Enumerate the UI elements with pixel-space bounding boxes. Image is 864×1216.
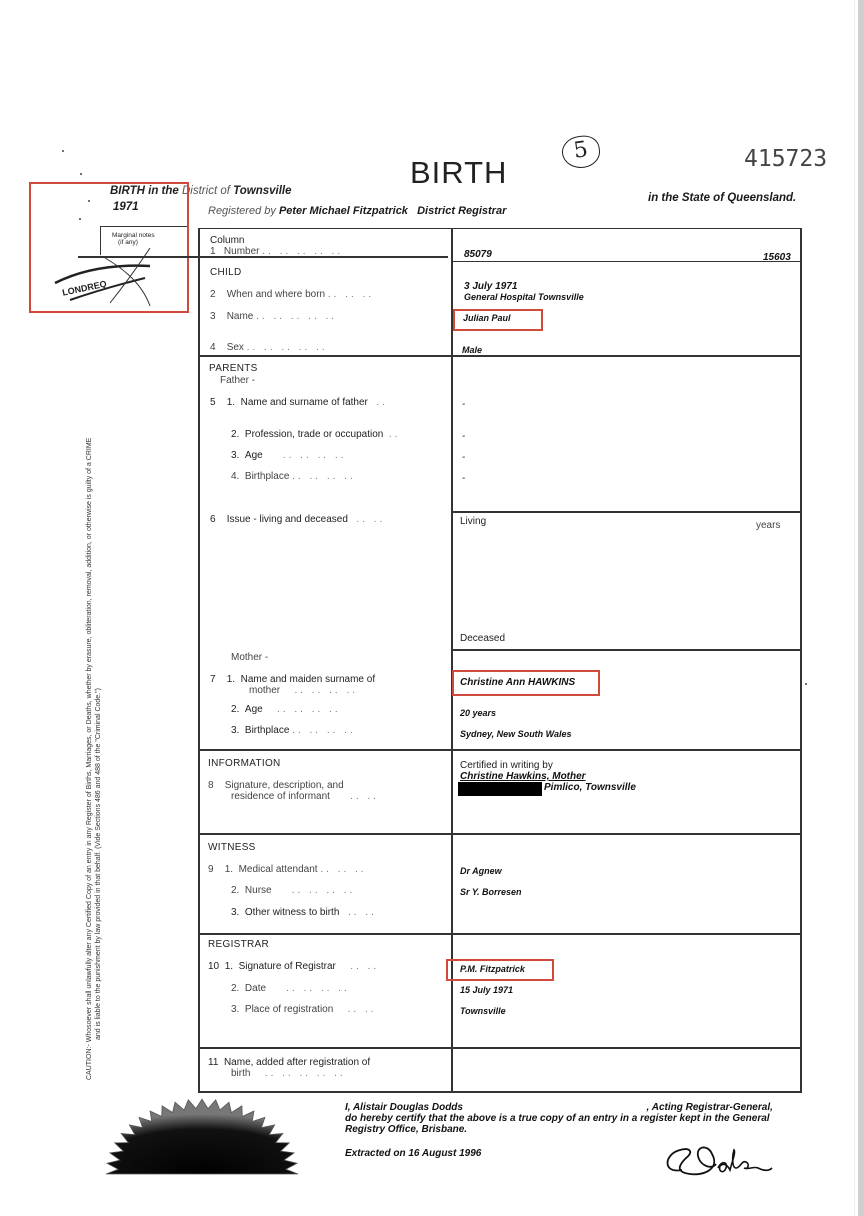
official-seal-icon: [104, 1090, 304, 1175]
mother-subheading: Mother -: [231, 652, 268, 663]
sex-value: Male: [462, 345, 482, 355]
field-9-medical-attendant: 9 1. Medical attendant .. .. ..: [208, 864, 367, 875]
father-subheading: Father -: [220, 375, 255, 386]
scrollbar[interactable]: [858, 0, 864, 1216]
section-parents: PARENTS: [209, 363, 258, 374]
scan-speck: [80, 173, 82, 175]
field-7-mother-name: 7 1. Name and maiden surname of: [210, 674, 375, 685]
nurse-field: 2. Nurse .. .. .. ..: [231, 885, 355, 896]
field-3-name: 3 Name .. .. .. .. ..: [210, 311, 337, 322]
field-4-sex: 4 Sex .. .. .. .. ..: [210, 342, 328, 353]
other-witness-field: 3. Other witness to birth .. ..: [231, 907, 377, 918]
section-information: INFORMATION: [208, 758, 281, 769]
father-age-field: 3. Age .. .. .. ..: [231, 450, 346, 461]
father-profession-value: -: [462, 431, 465, 442]
certification-statement: do hereby certify that the above is a tr…: [345, 1113, 773, 1124]
district-value: Townsville: [233, 185, 291, 197]
handwritten-number: 5: [560, 134, 602, 171]
section-witness: WITNESS: [208, 842, 256, 853]
father-age-value: -: [462, 452, 465, 463]
state-line: in the State of Queensland.: [648, 192, 796, 204]
serial-number: 415723: [744, 146, 827, 172]
field-8-informant: 8 Signature, description, and: [208, 780, 344, 791]
registrar-general-signature-icon: [660, 1138, 780, 1183]
nurse-value: Sr Y. Borresen: [460, 887, 522, 897]
informant-value-line1: Certified in writing by: [460, 760, 553, 771]
scan-speck: [805, 683, 807, 685]
birth-date-value: 3 July 1971: [464, 281, 517, 292]
field-6-issue: 6 Issue - living and deceased .. ..: [210, 514, 385, 525]
registered-by-value: Peter Michael Fitzpatrick: [279, 205, 408, 217]
registration-date-field: 2. Date .. .. .. ..: [231, 983, 350, 994]
section-registrar: REGISTRAR: [208, 939, 269, 950]
district-of-label: District of: [182, 185, 230, 197]
field-10-registrar-signature: 10 1. Signature of Registrar .. ..: [208, 961, 379, 972]
name-added-label-cont: birth .. .. .. .. ..: [231, 1068, 346, 1079]
registered-by-line: Registered by Peter Michael Fitzpatrick …: [208, 205, 506, 217]
scrollbar-track-edge: [854, 0, 855, 1216]
document-title: BIRTH: [410, 155, 507, 191]
highlight-child-name: [453, 309, 543, 331]
column-label: Column: [210, 235, 244, 246]
father-birthplace-field: 4. Birthplace .. .. .. ..: [231, 471, 356, 482]
certifier-name: I, Alistair Douglas Dodds: [345, 1102, 463, 1113]
highlight-mother-name: [452, 670, 600, 696]
mother-age-field: 2. Age .. .. .. ..: [231, 704, 341, 715]
certification-office: Registry Office, Brisbane.: [345, 1124, 773, 1135]
certifier-role: , Acting Registrar-General,: [647, 1102, 773, 1113]
father-birthplace-value: -: [462, 473, 465, 484]
section-child: CHILD: [210, 267, 242, 278]
caution-notice: CAUTION:- Whosoever shall unlawfully alt…: [85, 280, 103, 1080]
registration-date-value: 15 July 1971: [460, 985, 513, 995]
mother-birthplace-value: Sydney, New South Wales: [460, 729, 572, 739]
issue-years-label: years: [756, 520, 780, 531]
highlight-marginal-stamp: [29, 182, 189, 313]
informant-label-cont: residence of informant .. ..: [231, 791, 379, 802]
field-5-father-name: 5 1. Name and surname of father ..: [210, 397, 388, 408]
number-value-secondary: 15603: [763, 252, 791, 263]
birth-register-form: Column 1 Number .. .. .. .. .. 85079 156…: [198, 228, 802, 1091]
registration-place-field: 3. Place of registration .. ..: [231, 1004, 377, 1015]
field-1-number: 1 Number .. .. .. .. ..: [210, 246, 343, 257]
father-profession-field: 2. Profession, trade or occupation ..: [231, 429, 400, 440]
informant-value-line3: Pimlico, Townsville: [544, 782, 636, 793]
mother-name-label-cont: mother .. .. .. ..: [249, 685, 358, 696]
highlight-registrar-signature: [446, 959, 554, 981]
registered-by-label: Registered by: [208, 205, 276, 217]
mother-age-value: 20 years: [460, 708, 496, 718]
field-2-when-where-born: 2 When and where born .. .. ..: [210, 289, 374, 300]
redacted-block: [458, 782, 542, 796]
birth-place-value: General Hospital Townsville: [464, 292, 584, 302]
issue-deceased-label: Deceased: [460, 633, 505, 644]
informant-value-line2: Christine Hawkins, Mother: [460, 771, 586, 782]
mother-birthplace-field: 3. Birthplace .. .. .. ..: [231, 725, 356, 736]
medical-attendant-value: Dr Agnew: [460, 866, 502, 876]
issue-living-label: Living: [460, 516, 486, 527]
field-11-name-added: 11 Name, added after registration of: [208, 1057, 370, 1068]
registration-place-value: Townsville: [460, 1006, 506, 1016]
registrar-role: District Registrar: [417, 205, 506, 217]
father-name-value: -: [462, 399, 465, 410]
scan-speck: [62, 150, 64, 152]
number-value: 85079: [464, 249, 492, 260]
